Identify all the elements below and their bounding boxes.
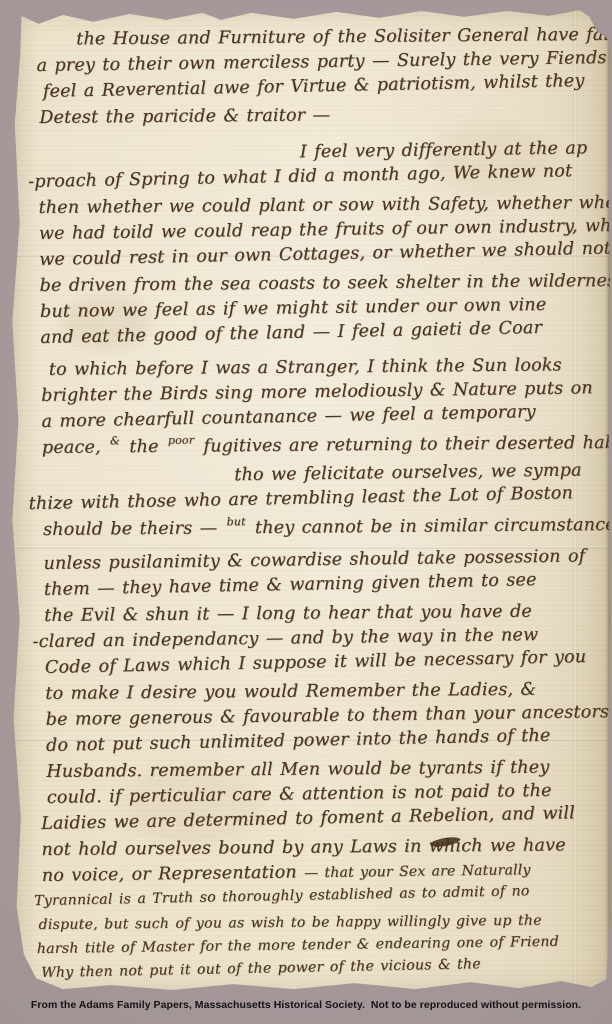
manuscript-line: the House and Furniture of the Solisiter… xyxy=(76,22,602,53)
inserted-word: but xyxy=(226,515,245,528)
manuscript-text: the House and Furniture of the Solisiter… xyxy=(36,19,612,985)
manuscript-text-segment: then whether we could plant or sow with … xyxy=(38,193,612,218)
manuscript-text-segment: Husbands. remember all Men would be tyra… xyxy=(46,758,549,782)
manuscript-text-segment: — that your Sex are Naturally xyxy=(304,862,531,881)
credit-caption: From the Adams Family Papers, Massachuse… xyxy=(0,999,612,1011)
manuscript-line: then whether we could plant or sow with … xyxy=(38,190,604,221)
manuscript-text-segment: thize with those who are trembling least… xyxy=(28,483,573,514)
manuscript-line: be driven from the sea coasts to seek sh… xyxy=(40,268,606,299)
manuscript-text-segment: be driven from the sea coasts to seek sh… xyxy=(40,271,612,296)
manuscript-line: Husbands. remember all Men would be tyra… xyxy=(46,754,612,785)
manuscript-line: Detest the paricide & traitor — xyxy=(39,100,603,131)
manuscript-page: the House and Furniture of the Solisiter… xyxy=(2,5,610,996)
manuscript-text-segment: to which before I was a Stranger, I thin… xyxy=(49,355,562,379)
manuscript-line: peace, & the poor fugitives are returnin… xyxy=(42,430,608,461)
manuscript-text-segment: a more chearfull countanance — we feel a… xyxy=(41,402,536,432)
manuscript-text-segment: Why then not put it out of the power of … xyxy=(41,956,481,981)
manuscript-text-segment: to make I desire you would Remember the … xyxy=(45,680,536,704)
inserted-word: poor xyxy=(168,434,194,447)
manuscript-line: to which before I was a Stranger, I thin… xyxy=(49,352,607,383)
manuscript-text-segment: peace, xyxy=(42,437,108,458)
manuscript-text-segment: they cannot be in similar circumstances xyxy=(248,515,612,538)
inserted-word: & xyxy=(110,434,120,447)
manuscript-line: to make I desire you would Remember the … xyxy=(45,676,611,707)
manuscript-text-segment: not hold ourselves bound by any Laws in … xyxy=(41,835,565,860)
manuscript-line: thize with those who are trembling least… xyxy=(28,480,608,518)
manuscript-text-segment: the House and Furniture of the Solisiter… xyxy=(76,25,612,50)
manuscript-text-segment: fugitives are returning to their deserte… xyxy=(196,432,612,456)
manuscript-text-segment: the Evil & shun it — I long to hear that… xyxy=(44,602,532,626)
manuscript-line: not hold ourselves bound by any Laws in … xyxy=(41,832,612,863)
manuscript-text-segment: dispute, but such of you as wish to be h… xyxy=(38,913,541,933)
pen-mark xyxy=(84,8,91,19)
manuscript-line: -proach of Spring to what I did a month … xyxy=(28,158,604,196)
manuscript-text-segment: -proach of Spring to what I did a month … xyxy=(28,161,572,192)
manuscript-text-segment: no voice, or Representation xyxy=(42,862,305,886)
manuscript-line: dispute, but such of you as wish to be h… xyxy=(38,908,612,937)
manuscript-text-segment: Tyrannical is a Truth so thoroughly esta… xyxy=(34,883,530,909)
manuscript-text-segment: Detest the paricide & traitor — xyxy=(39,105,330,128)
manuscript-line: the Evil & shun it — I long to hear that… xyxy=(44,598,610,629)
photo-mat: the House and Furniture of the Solisiter… xyxy=(0,0,612,1024)
manuscript-text-segment: should be theirs — xyxy=(43,518,225,540)
manuscript-text-segment: the xyxy=(122,437,166,457)
manuscript-text-segment: them — they have time & warning given th… xyxy=(44,570,537,600)
manuscript-line: should be theirs — but they cannot be in… xyxy=(43,512,609,543)
